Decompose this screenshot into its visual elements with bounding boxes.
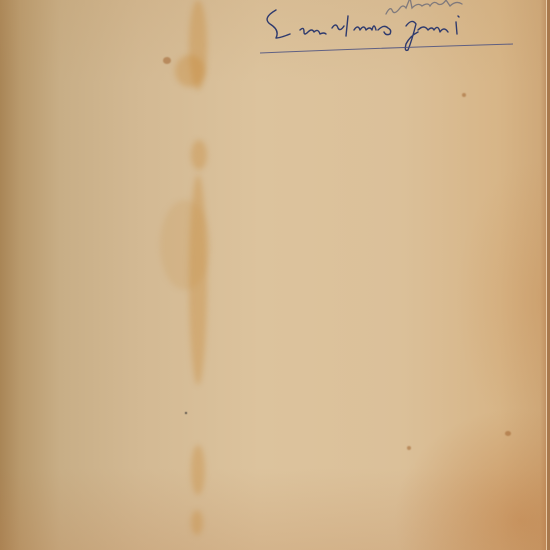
paper-vignette [0,0,550,550]
signature: Piero Cristofani Maestri [258,0,528,60]
spot [185,412,187,414]
spot [407,446,411,450]
fold-stain-line [185,0,213,550]
spot [163,57,171,64]
spot [505,431,511,436]
aged-paper-page: Piero Cristofani Maestri [0,0,550,550]
spot [462,93,466,97]
signature-handwriting [258,0,528,60]
